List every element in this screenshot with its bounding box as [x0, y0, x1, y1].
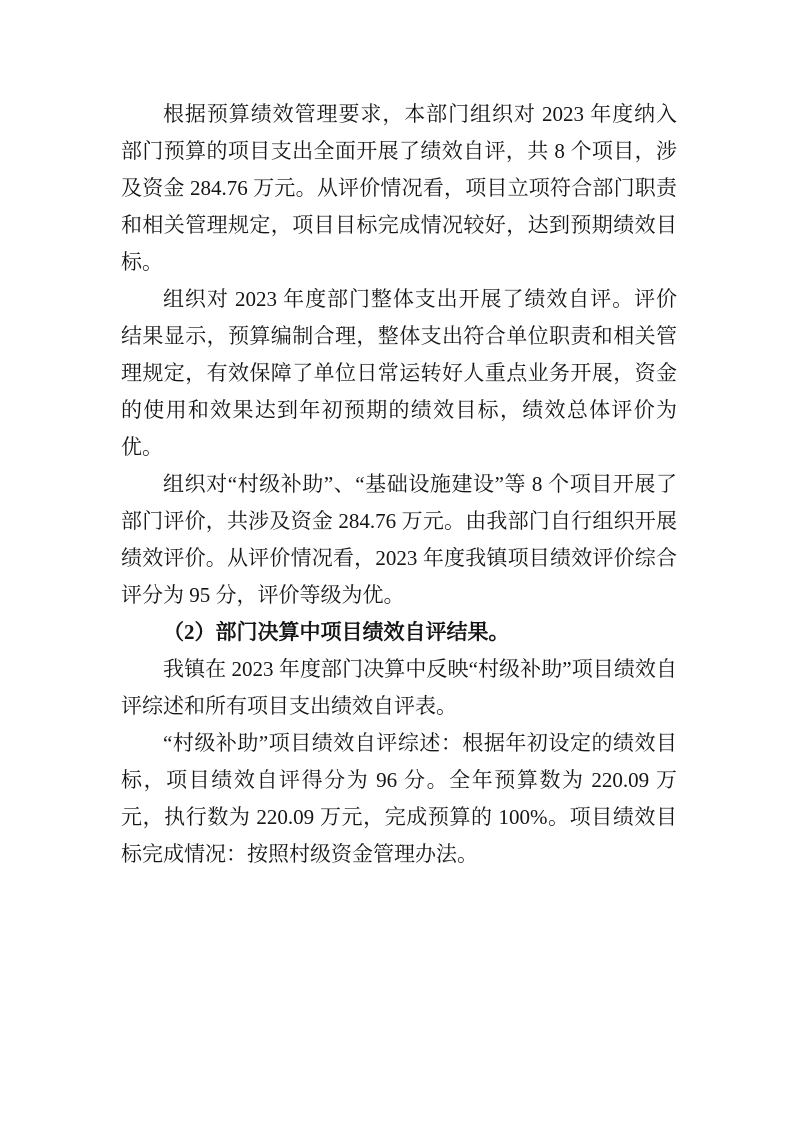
paragraph-final-accounts-reflection: 我镇在 2023 年度部门决算中反映“村级补助”项目绩效自评综述和所有项目支出绩… [121, 651, 677, 725]
section-heading-final-accounts-self-eval: （2）部门决算中项目绩效自评结果。 [121, 614, 677, 651]
paragraph-village-subsidy-summary: “村级补助”项目绩效自评综述：根据年初设定的绩效目标，项目绩效自评得分为 96 … [121, 725, 677, 873]
document-page: 根据预算绩效管理要求，本部门组织对 2023 年度纳入部门预算的项目支出全面开展… [0, 0, 793, 1122]
paragraph-overall-expenditure-eval: 组织对 2023 年度部门整体支出开展了绩效自评。评价结果显示，预算编制合理，整… [121, 281, 677, 466]
document-text-block: 根据预算绩效管理要求，本部门组织对 2023 年度纳入部门预算的项目支出全面开展… [121, 96, 677, 873]
paragraph-department-evaluation: 组织对“村级补助”、“基础设施建设”等 8 个项目开展了部门评价，共涉及资金 2… [121, 466, 677, 614]
paragraph-self-eval-projects: 根据预算绩效管理要求，本部门组织对 2023 年度纳入部门预算的项目支出全面开展… [121, 96, 677, 281]
